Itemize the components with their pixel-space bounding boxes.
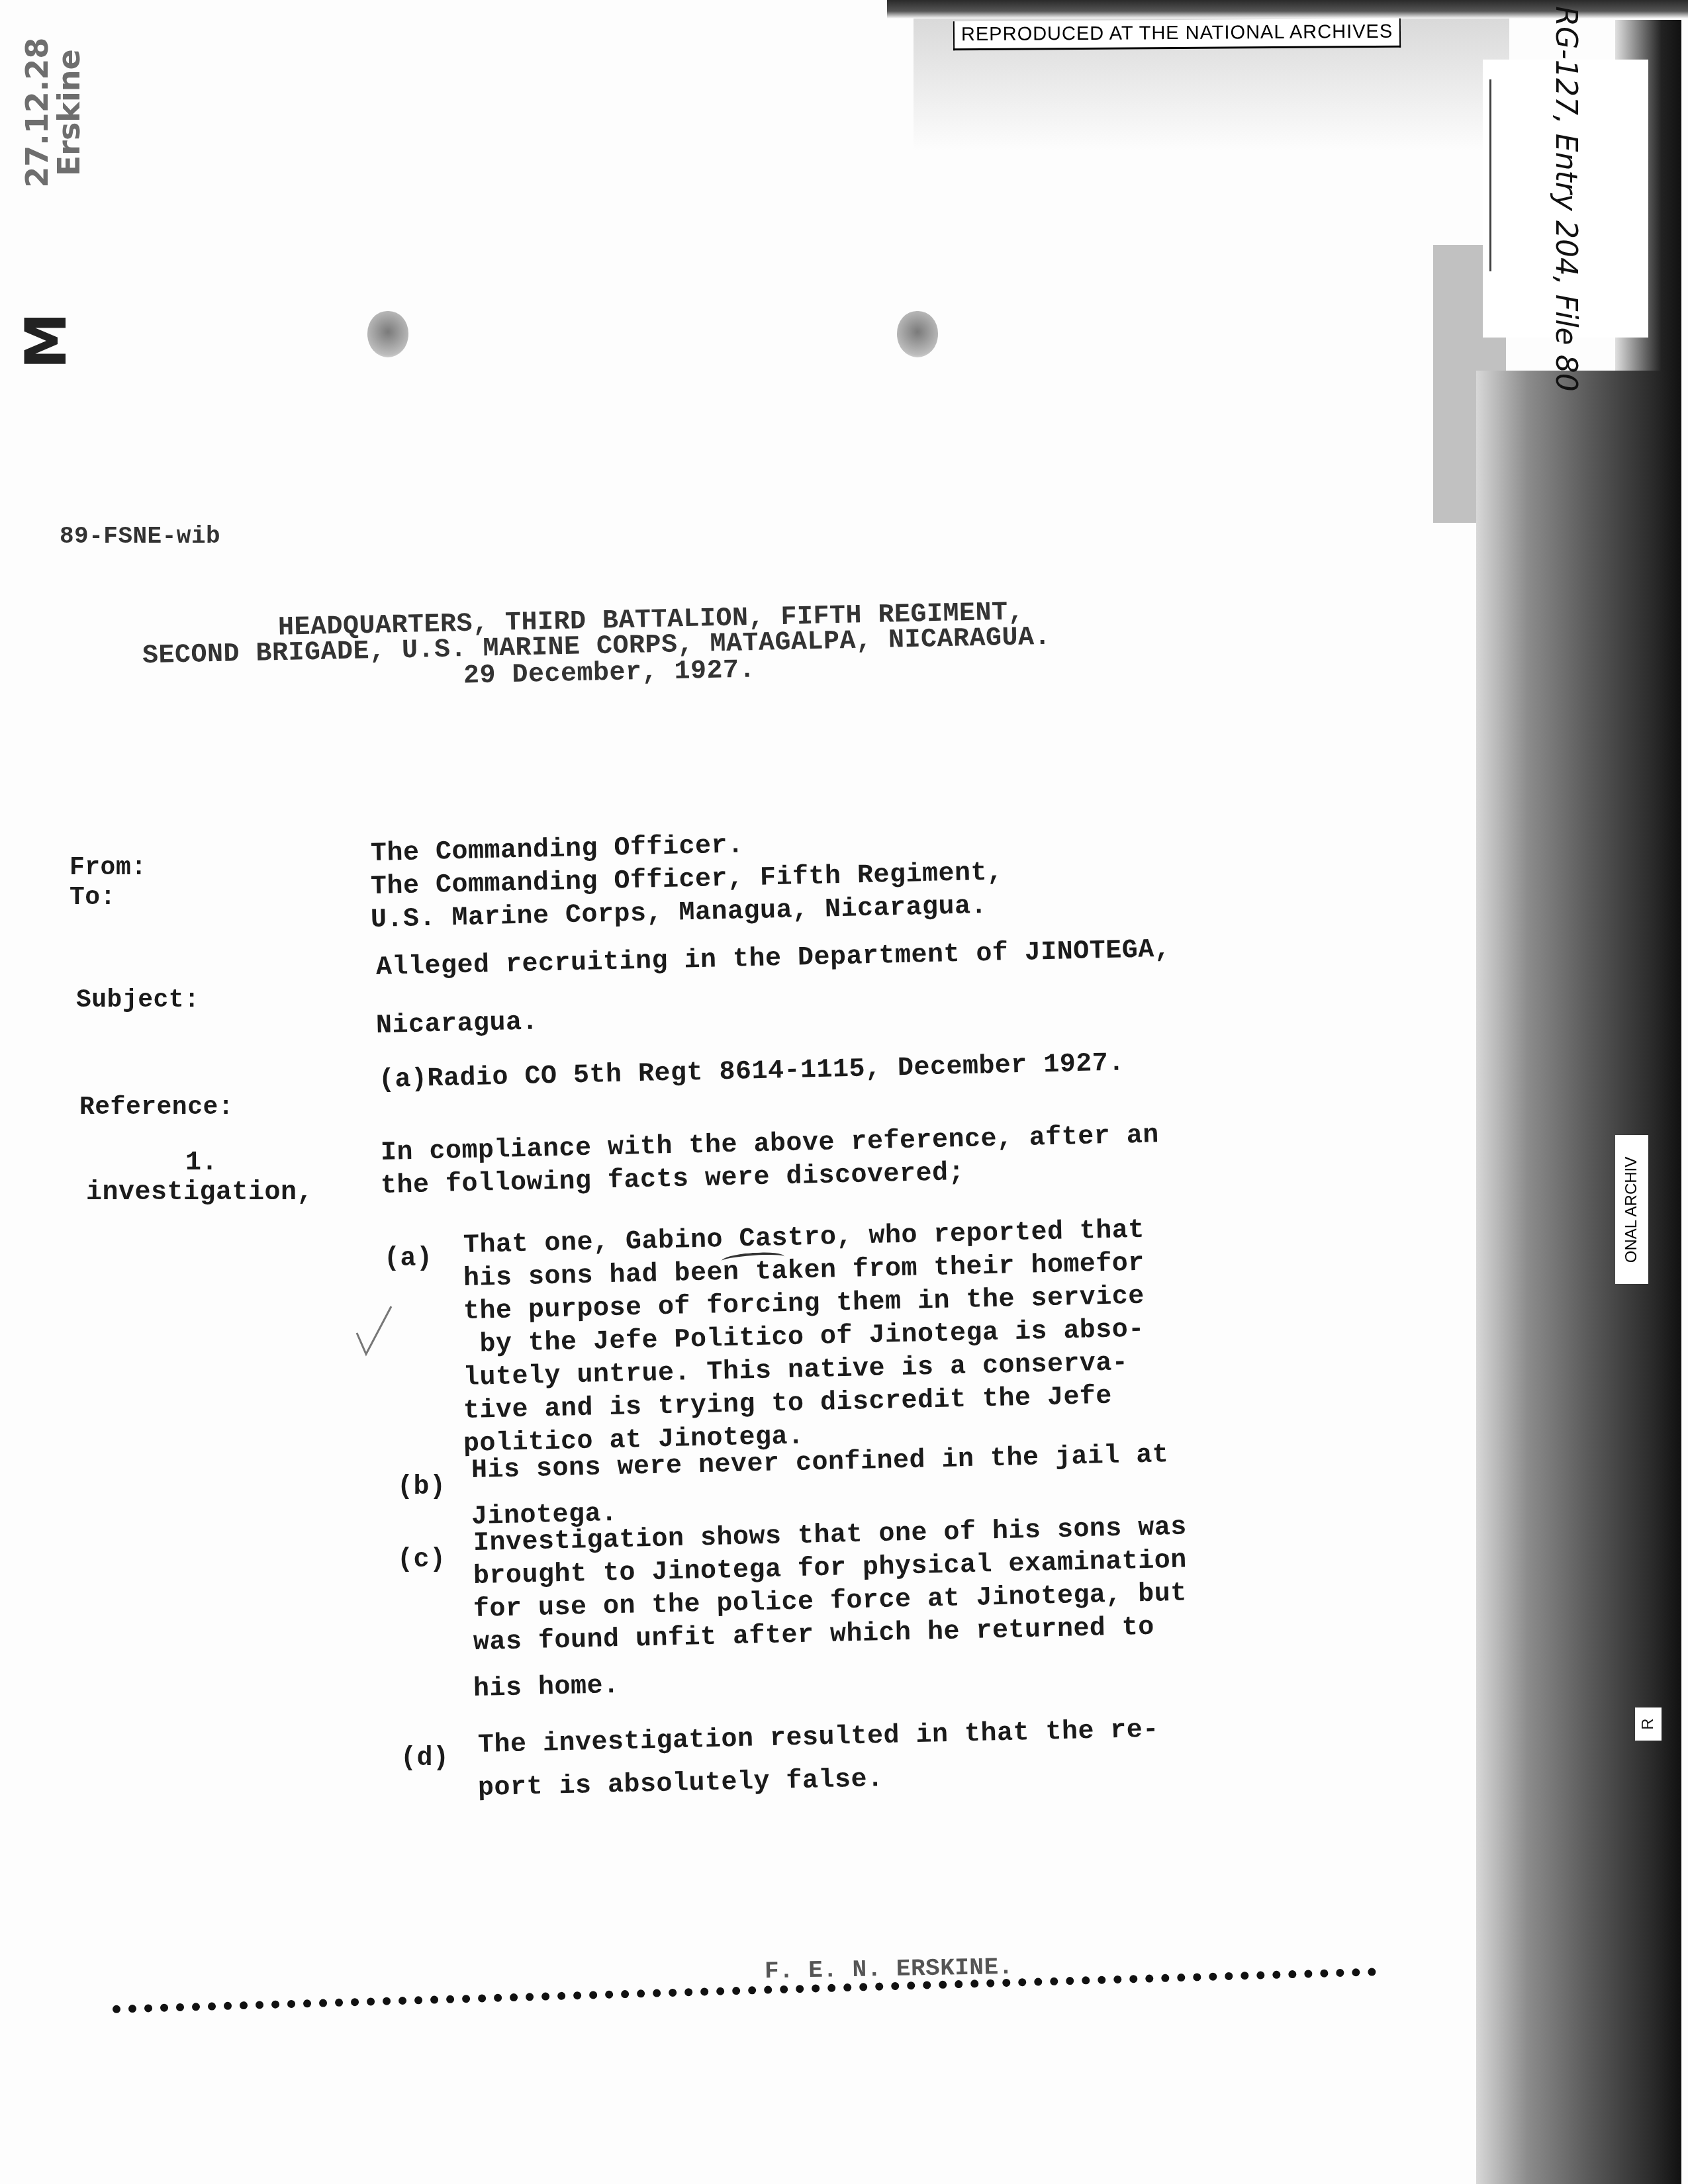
from-value: The Commanding Officer. bbox=[370, 831, 743, 869]
to-label: To: bbox=[70, 884, 116, 912]
paragraph-intro-line-1: In compliance with the above reference, … bbox=[380, 1120, 1159, 1168]
item-a-marker: (a) bbox=[384, 1244, 433, 1274]
side-archive-stamp: ONAL ARCHIV bbox=[1615, 1135, 1648, 1284]
subject-label: Subject: bbox=[76, 986, 199, 1015]
punch-hole-left bbox=[367, 311, 408, 357]
file-code: 89-FSNE-wib bbox=[60, 523, 220, 550]
margin-date-note: 27.12.28 Erskine bbox=[7, 26, 99, 199]
item-c-line: his home. bbox=[473, 1671, 620, 1704]
reference-label: Reference: bbox=[79, 1093, 234, 1122]
archive-file-reference: RG-127, Entry 204, File 80 bbox=[1549, 6, 1583, 391]
reference-value: (a)Radio CO 5th Regt 8614-1115, December… bbox=[378, 1048, 1125, 1095]
side-archive-stamp-fragment: R bbox=[1635, 1707, 1662, 1741]
from-label: From: bbox=[70, 854, 147, 882]
paragraph-number: 1. bbox=[185, 1148, 218, 1178]
margin-letter-m: M bbox=[17, 304, 76, 377]
crossed-out-text bbox=[1489, 79, 1518, 271]
punch-hole-right bbox=[897, 311, 938, 357]
subject-value-line-2: Nicaragua. bbox=[375, 1007, 538, 1041]
item-d-marker: (d) bbox=[400, 1744, 449, 1774]
paragraph-heading: investigation, bbox=[86, 1178, 313, 1208]
item-d-line: port is absolutely false. bbox=[477, 1764, 883, 1803]
checkmark-icon bbox=[354, 1304, 394, 1357]
dotted-separator-line bbox=[113, 1968, 1377, 2013]
archive-file-label: RG-127, Entry 204, File 80 bbox=[1483, 60, 1648, 338]
item-d-line: The investigation resulted in that the r… bbox=[477, 1715, 1159, 1760]
national-archives-stamp: REPRODUCED AT THE NATIONAL ARCHIVES bbox=[953, 19, 1401, 51]
scanned-document-page: REPRODUCED AT THE NATIONAL ARCHIVES RG-1… bbox=[0, 0, 1688, 2184]
subject-value-line-1: Alleged recruiting in the Department of … bbox=[375, 935, 1170, 983]
item-c-marker: (c) bbox=[397, 1545, 446, 1575]
heading-date: 29 December, 1927. bbox=[463, 655, 756, 691]
item-b-marker: (b) bbox=[397, 1473, 446, 1502]
binding-shadow-strip bbox=[1476, 371, 1681, 2184]
